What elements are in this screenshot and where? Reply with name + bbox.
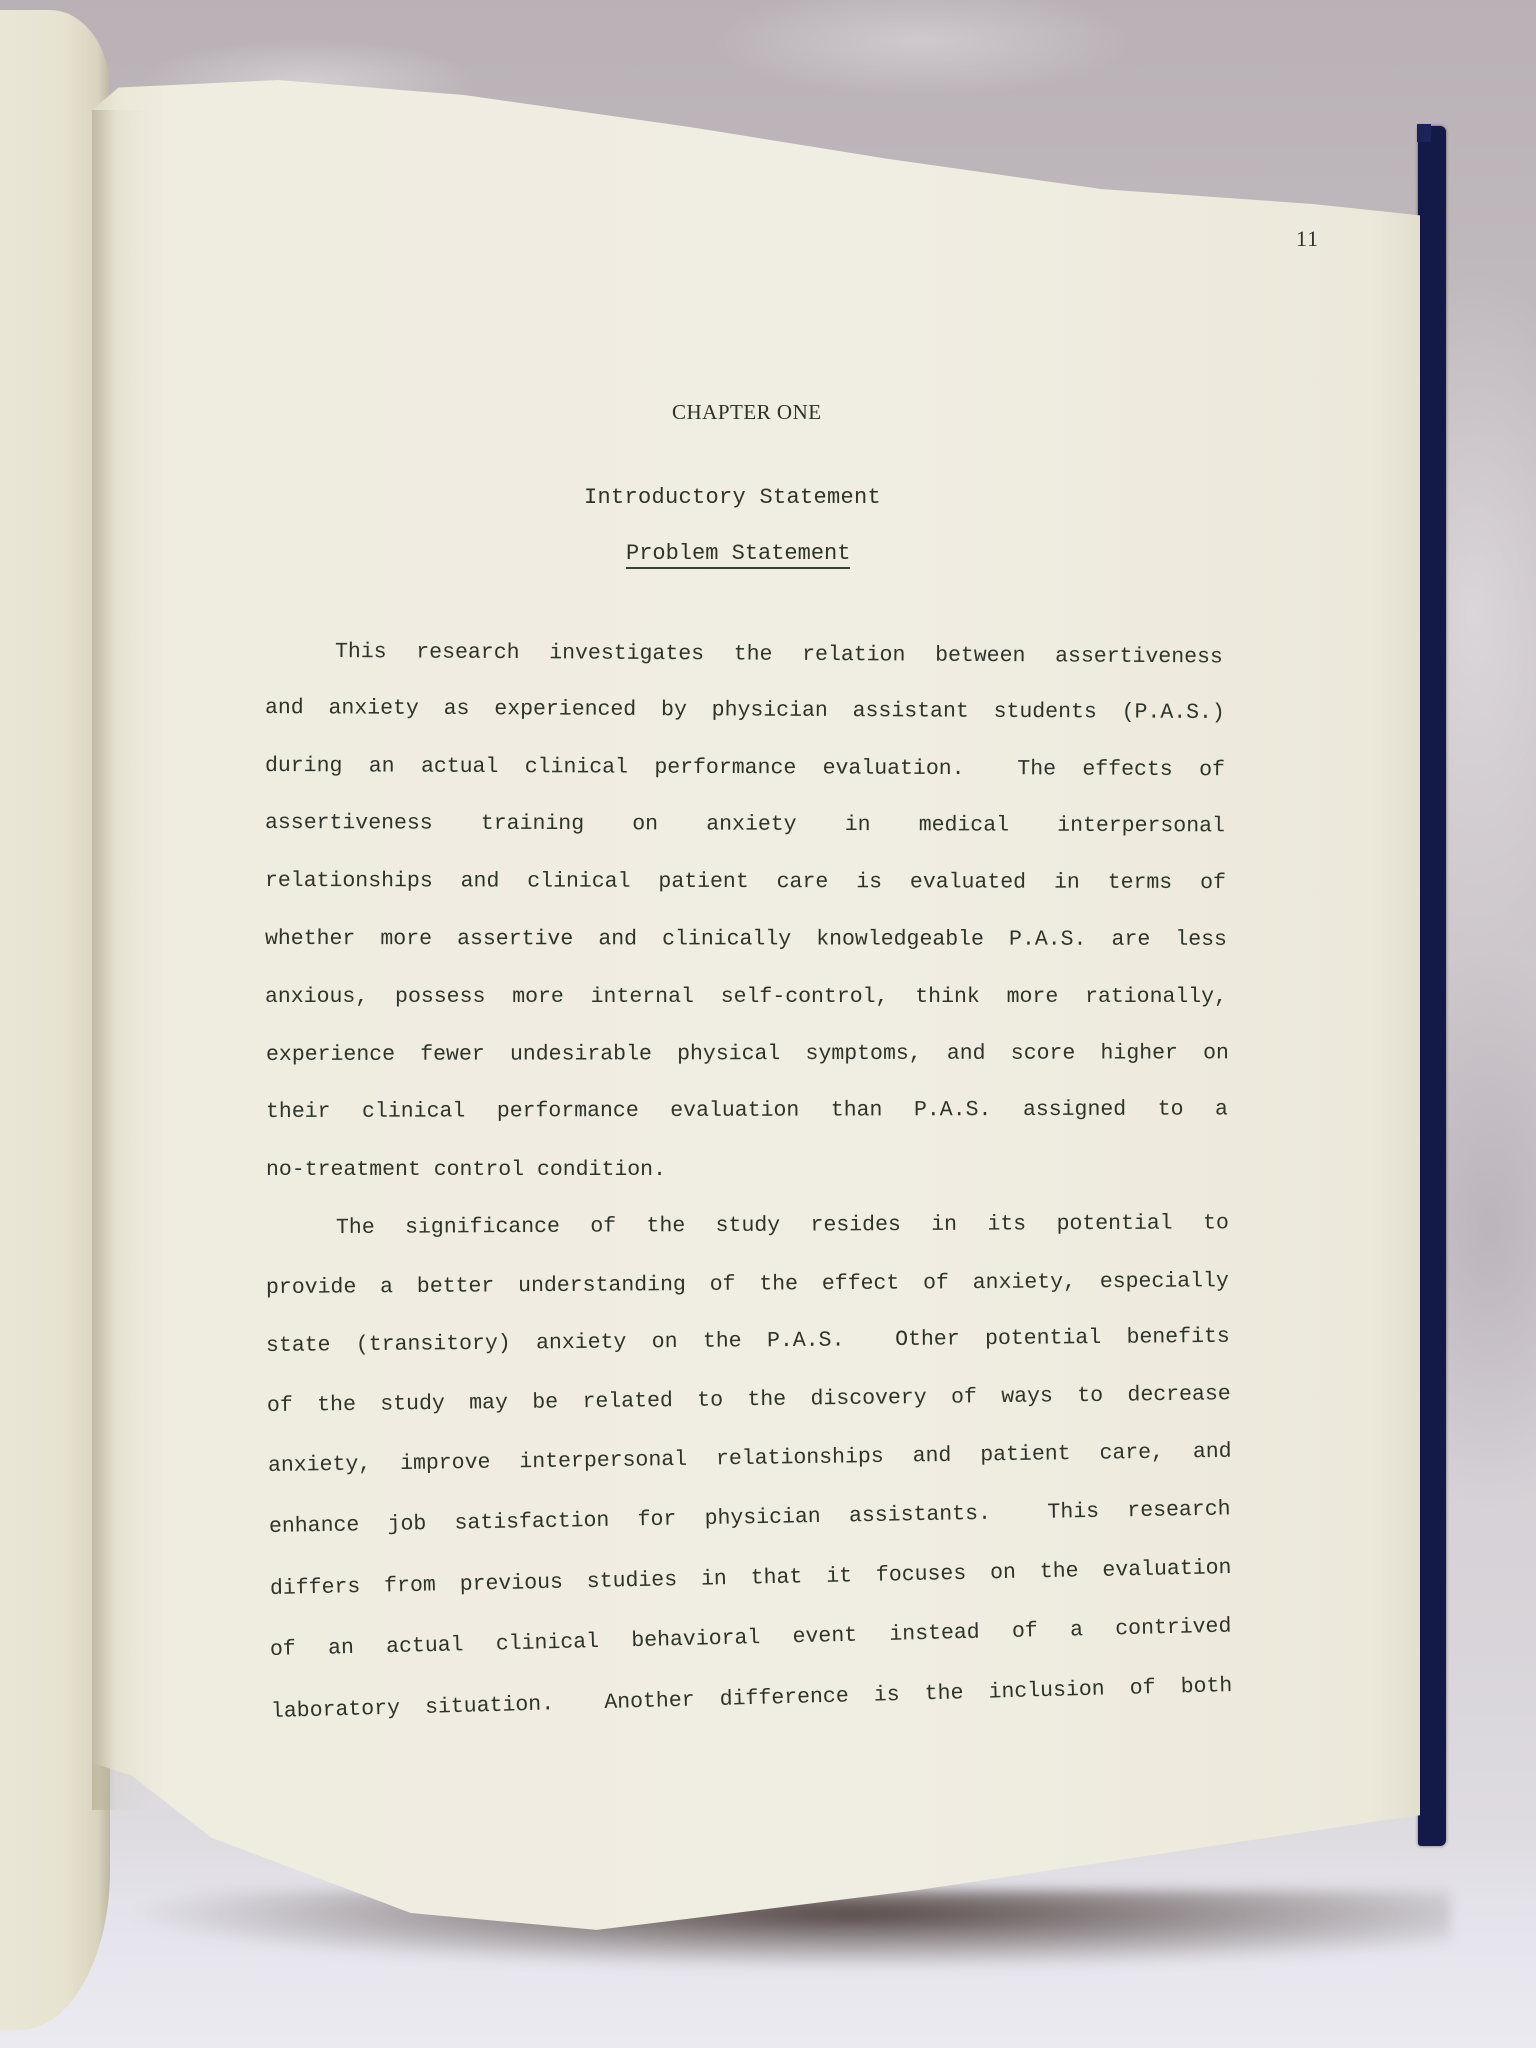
paragraph-1-line: their clinical performance evaluation th… [266,1097,1228,1124]
page-text: 11 CHAPTER ONE Introductory Statement Pr… [0,0,1536,2048]
paragraph-2-line: anxiety, improve interpersonal relations… [268,1440,1232,1478]
paragraph-2-line: differs from previous studies in that it… [270,1556,1232,1601]
paragraph-1-line: This research investigates the relation … [335,640,1223,669]
paragraph-1-line: anxious, possess more internal self-cont… [265,985,1227,1009]
paragraph-1-line: during an actual clinical performance ev… [265,754,1225,782]
paragraph-1-line: no-treatment control condition. [266,1158,666,1182]
paragraph-2-line: The significance of the study resides in… [336,1211,1229,1240]
paragraph-1-line: relationships and clinical patient care … [265,869,1226,895]
paragraph-1-line: assertiveness training on anxiety in med… [265,811,1225,838]
paragraph-2-line: of an actual clinical behavioral event i… [270,1615,1232,1662]
paragraph-2-line: state (transitory) anxiety on the P.A.S.… [266,1325,1230,1358]
paragraph-2-line: enhance job satisfaction for physician a… [269,1497,1231,1539]
subsection-title: Problem Statement [626,541,850,569]
section-title: Introductory Statement [584,485,881,510]
paragraph-1-line: whether more assertive and clinically kn… [265,927,1227,952]
paragraph-1-line: and anxiety as experienced by physician … [265,696,1225,725]
paragraph-2-line: laboratory situation. Another difference… [271,1674,1233,1724]
paragraph-2-line: of the study may be related to the disco… [267,1382,1231,1418]
chapter-title: CHAPTER ONE [672,400,822,425]
page-number: 11 [1296,226,1319,252]
paragraph-2-line: provide a better understanding of the ef… [266,1269,1229,1300]
paragraph-1-line: experience fewer undesirable physical sy… [266,1041,1229,1067]
